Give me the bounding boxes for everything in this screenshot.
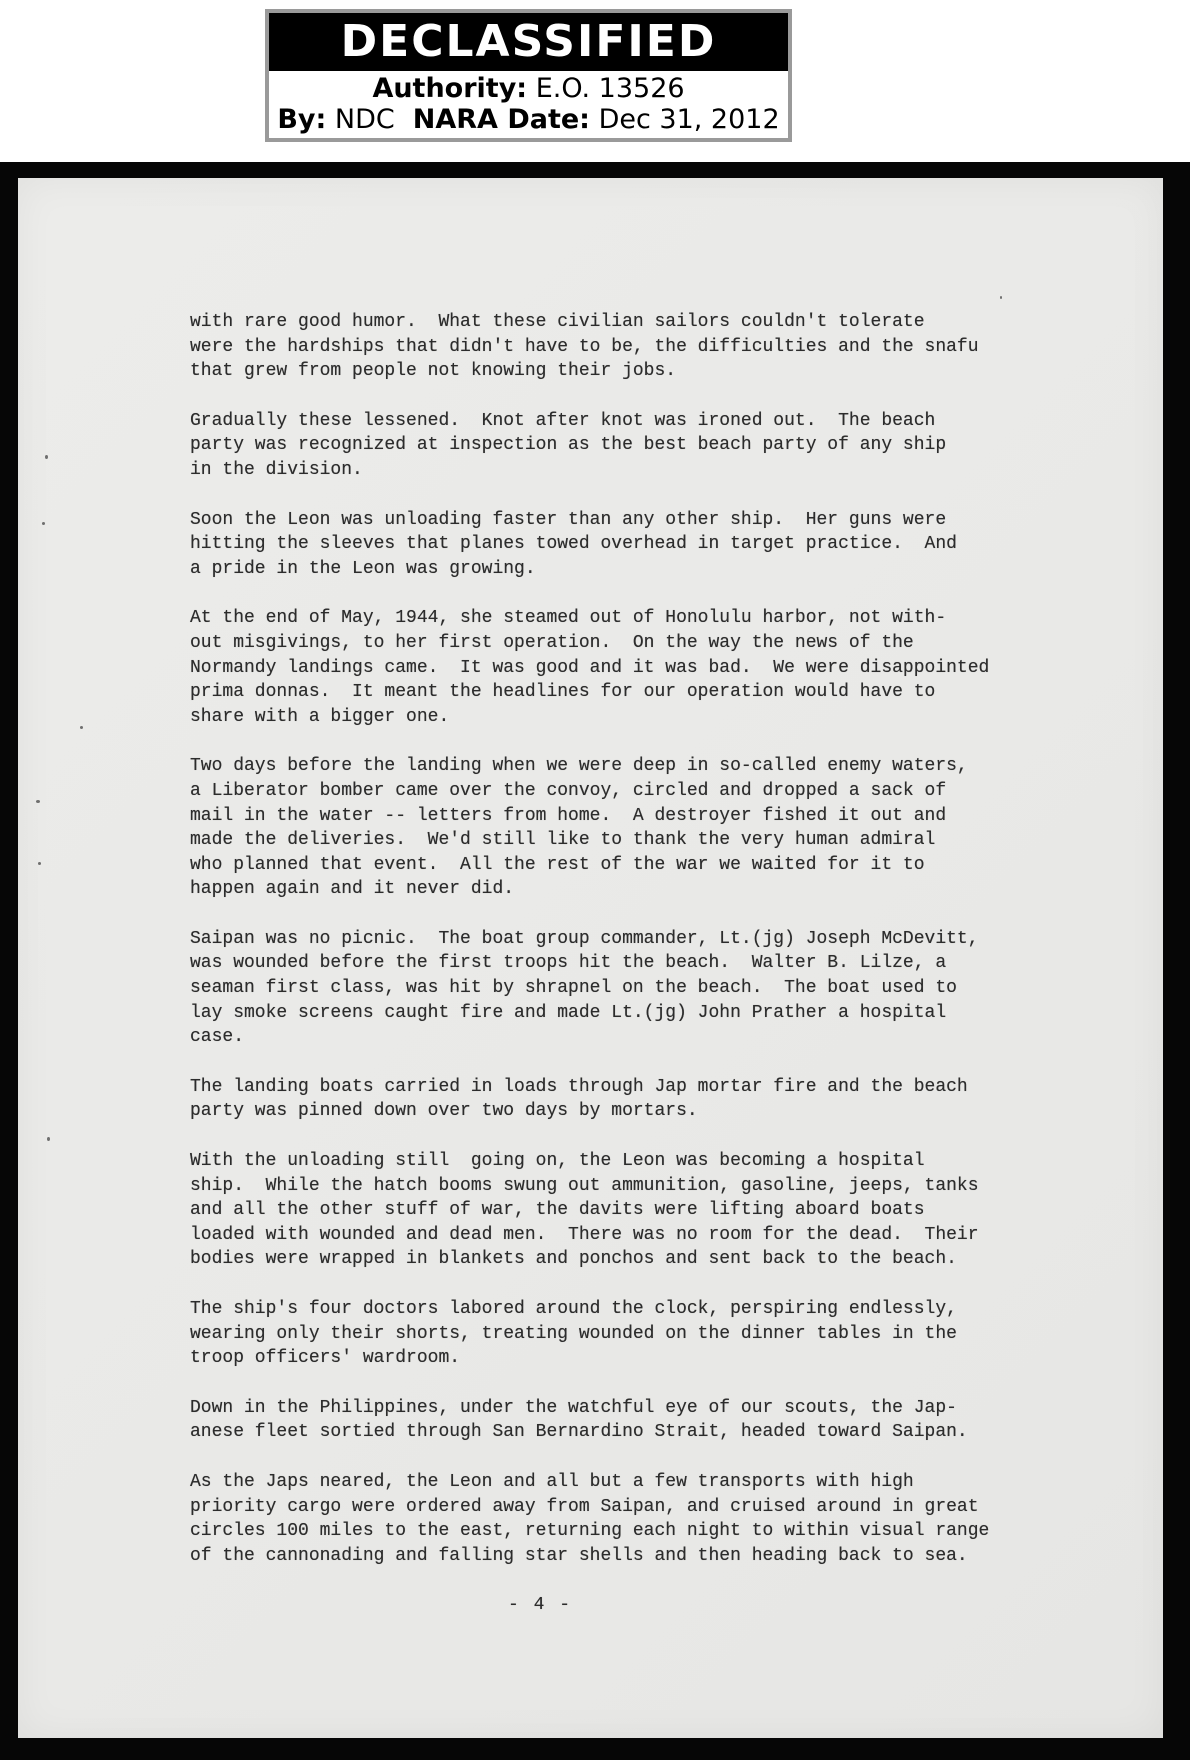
stamp-authority-line: Authority: E.O. 13526 — [269, 73, 788, 104]
page-number: - 4 - — [190, 1593, 890, 1618]
paragraph-6: Saipan was no picnic. The boat group com… — [190, 927, 1040, 1050]
header-strip: DECLASSIFIED Authority: E.O. 13526 By: N… — [0, 0, 1190, 162]
typewritten-text: with rare good humor. What these civilia… — [190, 310, 1040, 1618]
document-page: with rare good humor. What these civilia… — [18, 178, 1163, 1738]
paragraph-7: The landing boats carried in loads throu… — [190, 1075, 1040, 1124]
scan-speck — [1000, 296, 1002, 299]
scan-speck — [47, 1137, 50, 1141]
by-label: By: — [277, 104, 326, 135]
nara-date-label: NARA Date: — [413, 104, 590, 135]
paragraph-11: As the Japs neared, the Leon and all but… — [190, 1470, 1040, 1568]
scan-speck — [42, 522, 45, 525]
scan-background: with rare good humor. What these civilia… — [0, 162, 1190, 1760]
scan-speck — [38, 862, 41, 865]
paragraph-3: Soon the Leon was unloading faster than … — [190, 508, 1040, 582]
scan-speck — [36, 800, 40, 803]
paragraph-2: Gradually these lessened. Knot after kno… — [190, 409, 1040, 483]
authority-value: E.O. 13526 — [536, 73, 685, 104]
paragraph-10: Down in the Philippines, under the watch… — [190, 1396, 1040, 1445]
stamp-title: DECLASSIFIED — [269, 13, 788, 71]
scan-speck — [80, 726, 83, 729]
nara-date-value: Dec 31, 2012 — [599, 104, 780, 135]
stamp-by-line: By: NDCNARA Date: Dec 31, 2012 — [269, 104, 788, 135]
paragraph-4: At the end of May, 1944, she steamed out… — [190, 606, 1040, 729]
authority-label: Authority: — [372, 73, 527, 104]
scan-speck — [45, 455, 48, 459]
paragraph-9: The ship's four doctors labored around t… — [190, 1297, 1040, 1371]
declassified-stamp: DECLASSIFIED Authority: E.O. 13526 By: N… — [265, 9, 792, 142]
by-value: NDC — [335, 104, 395, 135]
paragraph-5: Two days before the landing when we were… — [190, 754, 1040, 902]
paragraph-1: with rare good humor. What these civilia… — [190, 310, 1040, 384]
paragraph-8: With the unloading still going on, the L… — [190, 1149, 1040, 1272]
